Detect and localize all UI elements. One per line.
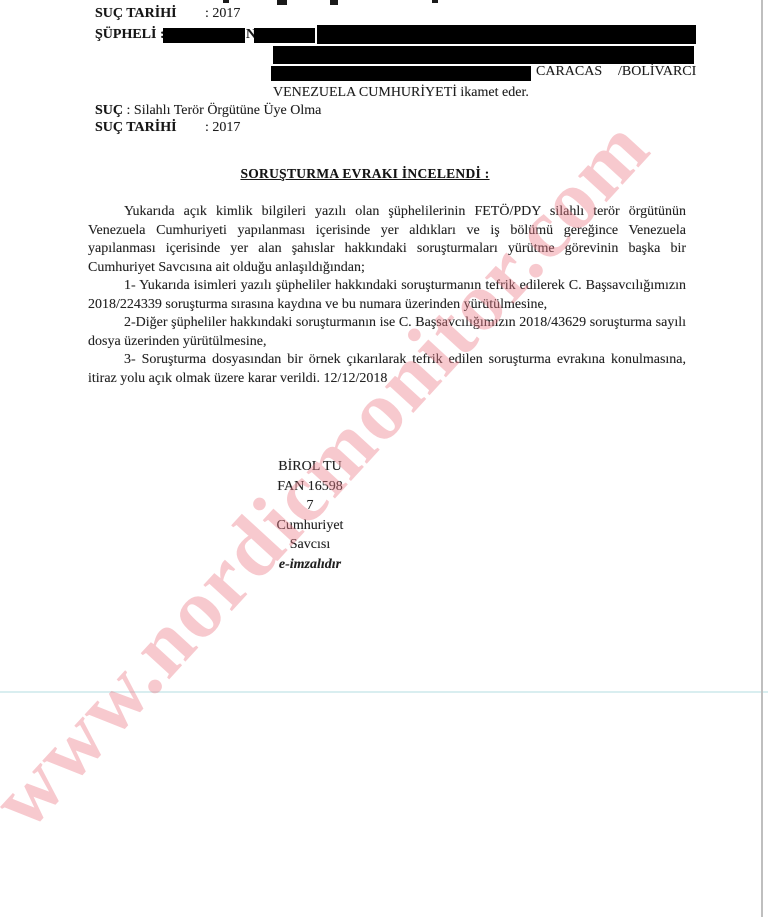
- crime-value: : Silahlı Terör Örgütüne Üye Olma: [127, 103, 322, 118]
- signature-title-line: Savcısı: [240, 535, 380, 555]
- signature-name-line: FAN 16598: [240, 477, 380, 497]
- address-city: CARACAS: [536, 64, 602, 80]
- signature-name-line: BİROL TU: [240, 457, 380, 477]
- crime-date-label: SUÇ TARİHİ: [95, 6, 177, 21]
- paragraph: 2-Diğer şüpheliler hakkındaki soruşturma…: [88, 314, 686, 351]
- e-signature-note: e-imzalıdır: [240, 555, 380, 575]
- cropped-text-fragment: [330, 0, 338, 5]
- redaction-bar: [163, 28, 245, 43]
- paragraph: Yukarıda açık kimlik bilgileri yazılı ol…: [88, 203, 686, 277]
- crime-date2-label: SUÇ TARİHİ: [95, 120, 177, 136]
- section-heading: SORUŞTURMA EVRAKI İNCELENDİ :: [240, 166, 489, 181]
- address-district: /BOLİVARCI: [618, 64, 696, 80]
- redaction-bar: [273, 46, 694, 64]
- crime-date-row: SUÇ TARİHİ: [95, 6, 177, 22]
- signature-name-line: 7: [240, 496, 380, 516]
- cropped-text-fragment: [277, 0, 287, 5]
- crime-label: SUÇ: [95, 103, 123, 118]
- redaction-bar: [317, 25, 696, 44]
- paragraph: 1- Yukarıda isimleri yazılı şüpheliler h…: [88, 277, 686, 314]
- crime-row: SUÇ : Silahlı Terör Örgütüne Üye Olma: [95, 103, 321, 119]
- redaction-bar: [254, 28, 315, 43]
- page-right-border: [761, 0, 763, 917]
- signature-title-line: Cumhuriyet: [240, 516, 380, 536]
- page-break-line: [0, 691, 768, 693]
- paragraph: 3- Soruşturma dosyasından bir örnek çıka…: [88, 351, 686, 388]
- body-text: Yukarıda açık kimlik bilgileri yazılı ol…: [88, 203, 686, 388]
- cropped-text-fragment: [432, 0, 438, 3]
- section-heading-row: SORUŞTURMA EVRAKI İNCELENDİ :: [0, 165, 730, 183]
- crime-date-value: : 2017: [205, 6, 240, 22]
- signature-block: BİROL TU FAN 16598 7 Cumhuriyet Savcısı …: [240, 457, 380, 574]
- crime-date2-value: : 2017: [205, 120, 240, 136]
- redaction-bar: [271, 66, 531, 81]
- residence-line: VENEZUELA CUMHURİYETİ ikamet eder.: [273, 85, 529, 101]
- scanned-document-page: SUÇ TARİHİ : 2017 ŞÜPHELİ : 9- Z N CARAC…: [0, 0, 768, 917]
- cropped-text-fragment: [223, 0, 229, 3]
